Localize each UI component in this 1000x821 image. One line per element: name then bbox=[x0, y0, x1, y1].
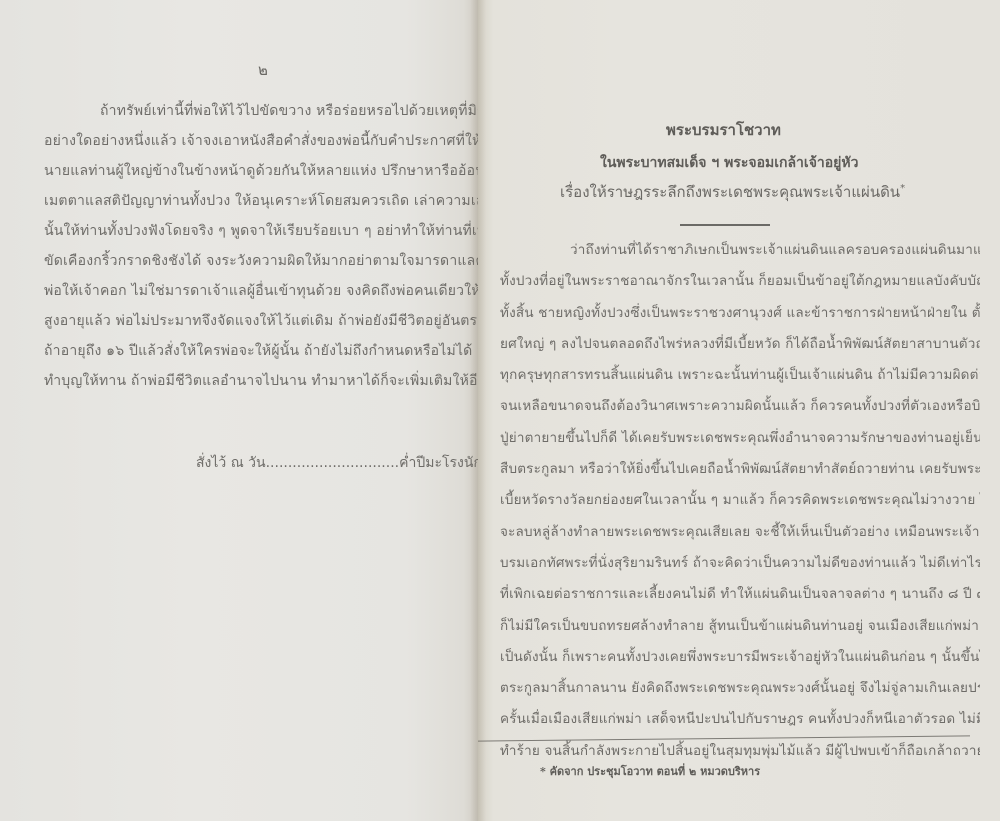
text-line: ว่าถึงท่านที่ได้ราชาภิเษกเป็นพระเจ้าแผ่น… bbox=[500, 235, 980, 266]
text-line: สูงอายุแล้ว พ่อไม่ประมาทจึงจัดแจงให้ไว้แ… bbox=[44, 306, 478, 336]
text-line: เป็นดังนั้น ก็เพราะคนทั้งปวงเคยพึ่งพระบา… bbox=[500, 642, 980, 673]
text-line: บรมเอกทัศพระที่นั่งสุริยามรินทร์ ถ้าจะคิ… bbox=[500, 548, 980, 579]
left-page-text: ถ้าทรัพย์เท่านี้ที่พ่อให้ไว้ไปขัดขวาง หร… bbox=[44, 96, 478, 396]
page-number: ๒ bbox=[258, 58, 268, 82]
text-line: สืบตระกูลมา หรือว่าให้ยิ่งขึ้นไปเคยถือน้… bbox=[500, 454, 980, 485]
text-line: ปู่ย่าตายายขึ้นไปก็ดี ได้เคยรับพระเดชพระ… bbox=[500, 423, 980, 454]
page-subject: เรื่องให้ราษฎรระลึกถึงพระเดชพระคุณพระเจ้… bbox=[560, 180, 905, 204]
text-line: ครั้นเมื่อเมืองเสียแก่พม่า เสด็จหนีปะปนไ… bbox=[500, 704, 980, 735]
book-gutter bbox=[470, 0, 486, 821]
text-line: ทั้งปวงที่อยู่ในพระราชอาณาจักรในเวลานั้น… bbox=[500, 266, 980, 297]
left-page: ๒ ถ้าทรัพย์เท่านี้ที่พ่อให้ไว้ไปขัดขวาง … bbox=[0, 0, 478, 821]
text-line: ที่เพิกเฉยต่อราชการและเลี้ยงคนไม่ดี ทำให… bbox=[500, 579, 980, 610]
text-line: จนเหลือขนาดจนถึงต้องวินาศเพราะความผิดนั้… bbox=[500, 391, 980, 422]
signoff-date-line: สั่งไว้ ณ วัน...........................… bbox=[196, 452, 478, 474]
open-book: ๒ ถ้าทรัพย์เท่านี้ที่พ่อให้ไว้ไปขัดขวาง … bbox=[0, 0, 1000, 821]
page-title: พระบรมราโชวาท bbox=[666, 118, 781, 142]
subject-text: เรื่องให้ราษฎรระลึกถึงพระเดชพระคุณพระเจ้… bbox=[560, 183, 900, 201]
title-divider bbox=[680, 224, 770, 226]
page-subtitle: ในพระบาทสมเด็จ ฯ พระจอมเกล้าเจ้าอยู่หัว bbox=[600, 152, 858, 174]
text-line: ขัดเคืองกริ้วกราดชิงชังได้ จงระวังความผิ… bbox=[44, 246, 478, 276]
text-line: จะลบหลู่ล้างทำลายพระเดชพระคุณเสียเลย จะช… bbox=[500, 517, 980, 548]
text-line: ยศใหญ่ ๆ ลงไปจนตลอดถึงไพร่หลวงที่มีเบี้ย… bbox=[500, 329, 980, 360]
footnote-marker: * bbox=[900, 183, 905, 194]
right-page-text: ว่าถึงท่านที่ได้ราชาภิเษกเป็นพระเจ้าแผ่น… bbox=[500, 235, 980, 767]
text-line: ทั้งสิ้น ชายหญิงทั้งปวงซึ่งเป็นพระราชวงศ… bbox=[500, 298, 980, 329]
text-line: เมตตาแลสติปัญญาท่านทั้งปวง ให้อนุเคราะห์… bbox=[44, 186, 478, 216]
text-line: พ่อให้เจ้าคอก ไม่ใช่มารดาเจ้าแลผู้อื่นเข… bbox=[44, 276, 478, 306]
text-line: ก็ไม่มีใครเป็นขบถทรยศล้างทำลาย สู้ทนเป็น… bbox=[500, 611, 980, 642]
text-line: นั้นให้ท่านทั้งปวงฟังโดยจริง ๆ พูดจาให้เ… bbox=[44, 216, 478, 246]
text-line: ทำบุญให้ทาน ถ้าพ่อมีชีวิตแลอำนาจไปนาน ทำ… bbox=[44, 366, 478, 396]
text-line: ถ้าอายุถึง ๑๖ ปีแล้วสั่งให้ใครพ่อจะให้ผู… bbox=[44, 336, 478, 366]
text-line: อย่างใดอย่างหนึ่งแล้ว เจ้าจงเอาหนังสือคำ… bbox=[44, 126, 478, 156]
text-line: ทุกครุษทุกสารทรนสิ้นแผ่นดิน เพราะฉะนั้นท… bbox=[500, 360, 980, 391]
footnote: * คัดจาก ประชุมโอวาท ตอนที่ ๒ หมวดบริหาร bbox=[540, 762, 760, 780]
text-line: เบี้ยหวัดรางวัลยกย่องยศในเวลานั้น ๆ มาแล… bbox=[500, 485, 980, 516]
text-line: ถ้าทรัพย์เท่านี้ที่พ่อให้ไว้ไปขัดขวาง หร… bbox=[44, 96, 478, 126]
text-line: นายแลท่านผู้ใหญ่ข้างในข้างหน้าดูด้วยกันใ… bbox=[44, 156, 478, 186]
right-page: พระบรมราโชวาท ในพระบาทสมเด็จ ฯ พระจอมเกล… bbox=[478, 0, 1000, 821]
text-line: ตระกูลมาสิ้นกาลนาน ยังคิดถึงพระเดชพระคุณ… bbox=[500, 673, 980, 704]
